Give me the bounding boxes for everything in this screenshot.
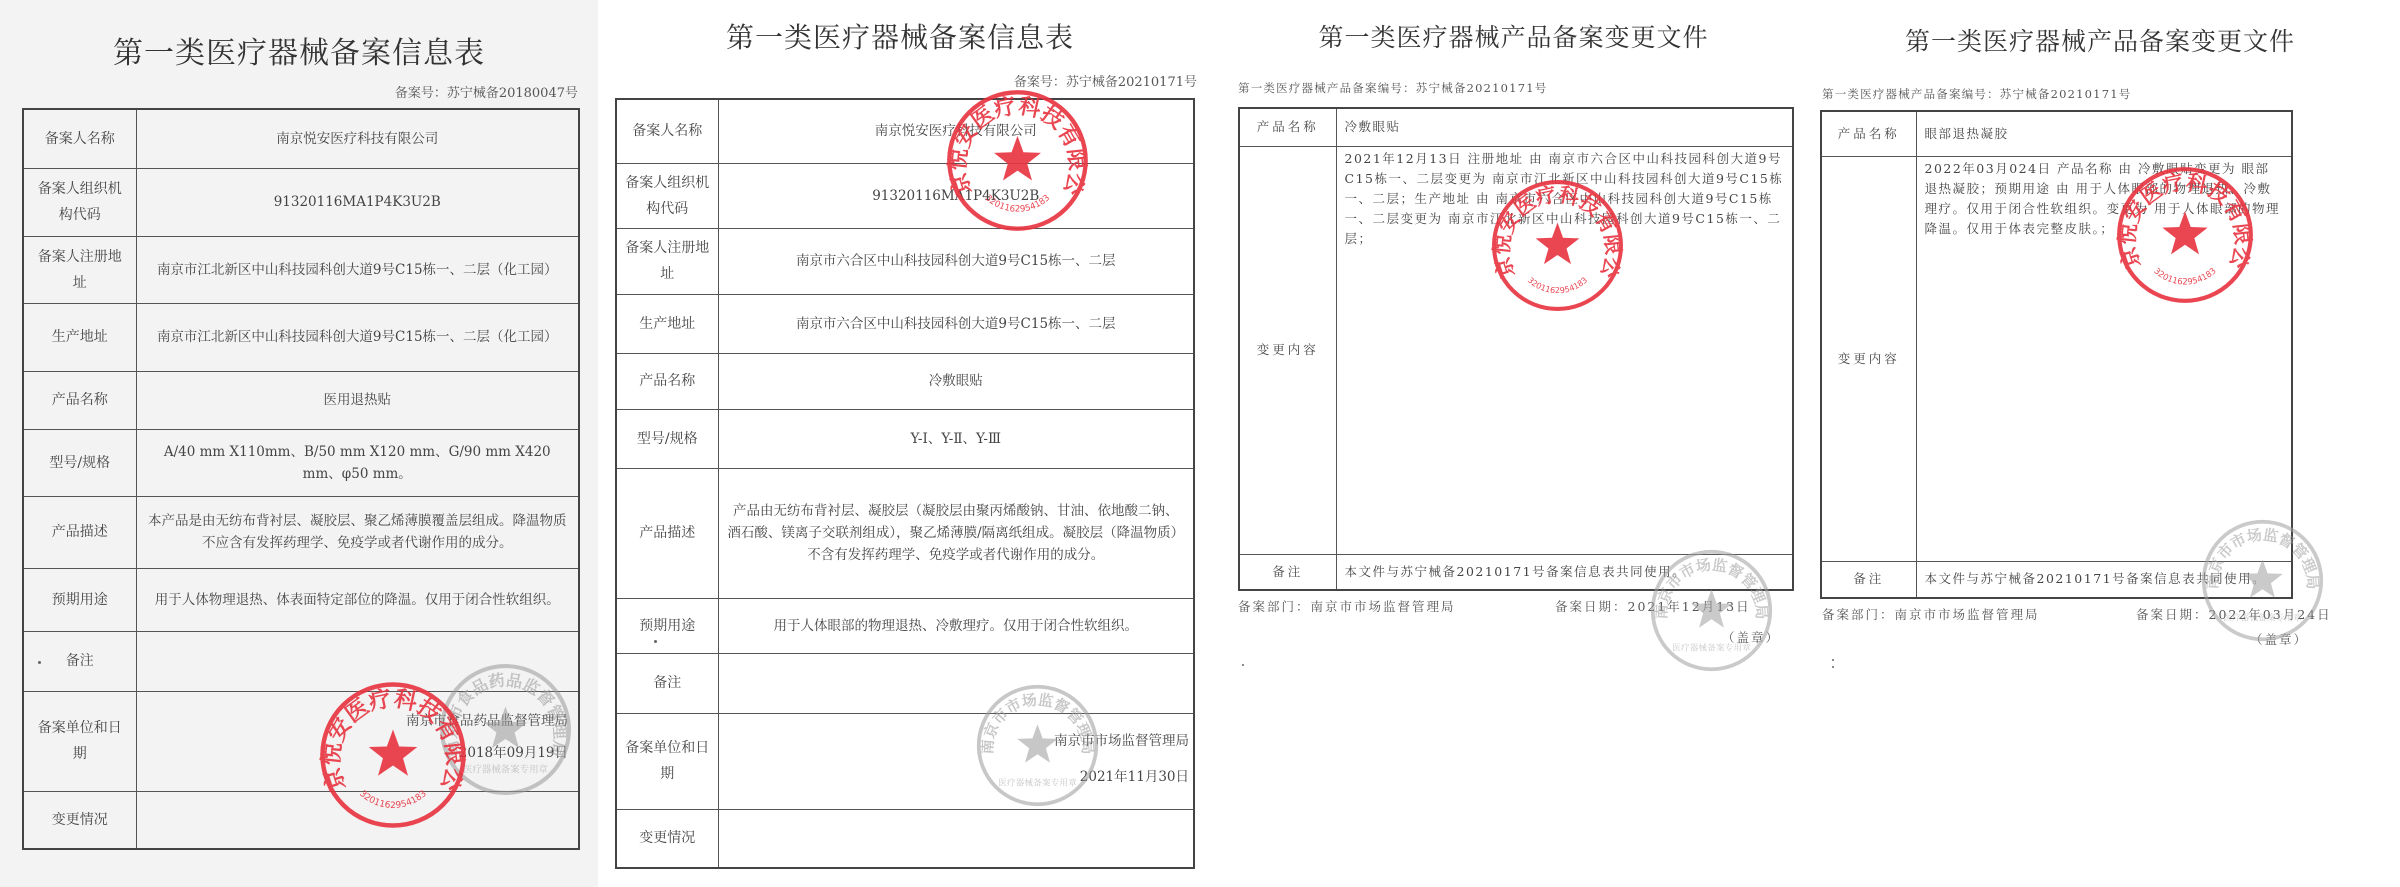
row-value: 南京市六合区中山科技园科创大道9号C15栋一、二层 <box>718 228 1194 294</box>
change-table: 产品名称眼部退热凝胶 变更内容2022年03月024日 产品名称 由 冷敷眼贴变… <box>1820 110 2293 599</box>
row-label: 产品名称 <box>616 353 718 409</box>
table-row: 生产地址南京市江北新区中山科技园科创大道9号C15栋一、二层（化工园） <box>23 303 579 371</box>
row-value: 2022年03月024日 产品名称 由 冷敷眼贴变更为 眼部退热凝胶；预期用途 … <box>1916 156 2292 561</box>
table-row: 备案人组织机构代码91320116MA1P4K3U2B <box>23 168 579 236</box>
row-value: 医用退热贴 <box>136 371 579 429</box>
table-row: 备案人注册地址南京市六合区中山科技园科创大道9号C15栋一、二层 <box>616 228 1194 294</box>
table-row: 变更情况 <box>616 809 1194 868</box>
table-row: 产品描述产品由无纺布背衬层、凝胶层（凝胶层由聚丙烯酸钠、甘油、依地酸二钠、酒石酸… <box>616 468 1194 598</box>
document-title: 第一类医疗器械产品备案变更文件 <box>1227 18 1800 54</box>
filing-info-table: 备案人名称南京悦安医疗科技有限公司 备案人组织机构代码91320116MA1P4… <box>615 98 1195 869</box>
row-label: 备案人名称 <box>616 99 718 163</box>
row-label: 备案单位和日期 <box>23 691 136 791</box>
filing-org: 南京市市场监督管理局 <box>1054 730 1189 752</box>
filing-department: 备案部门：南京市市场监督管理局 <box>1238 597 1456 615</box>
filing-unit-cell: 南京市食品药品监督管理局 2018年09月19日 <box>136 691 579 791</box>
row-value: 本文件与苏宁械备20210171号备案信息表共同使用。 <box>1916 561 2292 598</box>
change-table: 产品名称冷敷眼贴 变更内容2021年12月13日 注册地址 由 南京市六合区中山… <box>1238 107 1794 591</box>
row-label: 备案人注册地址 <box>23 236 136 303</box>
row-label: 备注 <box>1821 561 1916 598</box>
table-row: 备注本文件与苏宁械备20210171号备案信息表共同使用。 <box>1239 554 1793 590</box>
row-value: 本产品是由无纺布背衬层、凝胶层、聚乙烯薄膜覆盖层组成。降温物质不应含有发挥药理学… <box>136 496 579 568</box>
row-label: 产品描述 <box>616 468 718 598</box>
table-row: 变更内容2021年12月13日 注册地址 由 南京市六合区中山科技园科创大道9号… <box>1239 146 1793 554</box>
row-label: 预期用途 <box>616 598 718 653</box>
scan-speck <box>1832 659 1834 661</box>
row-value: Y-Ⅰ、Y-Ⅱ、Y-Ⅲ <box>718 409 1194 468</box>
row-value: 南京悦安医疗科技有限公司 <box>136 109 579 168</box>
record-number: 备案号：苏宁械备20210171号 <box>1014 71 1197 90</box>
table-row: 变更内容2022年03月024日 产品名称 由 冷敷眼贴变更为 眼部退热凝胶；预… <box>1821 156 2292 561</box>
row-label: 预期用途 <box>23 568 136 631</box>
document-title: 第一类医疗器械备案信息表 <box>590 16 1210 56</box>
table-row: 备注 <box>23 631 579 691</box>
seal-note: （盖章） <box>1722 628 1780 646</box>
table-row: 产品名称冷敷眼贴 <box>616 353 1194 409</box>
document-title: 第一类医疗器械备案信息表 <box>0 28 598 72</box>
table-row: 产品名称医用退热贴 <box>23 371 579 429</box>
change-document-2022: 第一类医疗器械产品备案变更文件 第一类医疗器械产品备案编号：苏宁械备202101… <box>1800 0 2400 887</box>
filing-info-sheet-2018: 第一类医疗器械备案信息表 备案号：苏宁械备20180047号 备案人名称南京悦安… <box>0 0 598 887</box>
table-row: 备案人名称南京悦安医疗科技有限公司 <box>23 109 579 168</box>
row-value: 91320116MA1P4K3U2B <box>136 168 579 236</box>
filing-date: 备案日期：2022年03月24日 <box>2136 605 2332 623</box>
row-label: 备案单位和日期 <box>616 713 718 809</box>
table-row: 备案人注册地址南京市江北新区中山科技园科创大道9号C15栋一、二层（化工园） <box>23 236 579 303</box>
row-value: 南京市江北新区中山科技园科创大道9号C15栋一、二层（化工园） <box>136 236 579 303</box>
row-label: 备案人组织机构代码 <box>616 163 718 228</box>
table-row: 预期用途用于人体物理退热、体表面特定部位的降温。仅用于闭合性软组织。 <box>23 568 579 631</box>
row-value: A/40 mm X110mm、B/50 mm X120 mm、G/90 mm X… <box>136 429 579 496</box>
row-label: 变更情况 <box>616 809 718 868</box>
filing-date: 2018年09月19日 <box>406 742 568 764</box>
row-value <box>136 791 579 849</box>
row-label: 型号/规格 <box>23 429 136 496</box>
filing-date: 2021年11月30日 <box>1054 766 1189 788</box>
table-row: 产品名称冷敷眼贴 <box>1239 108 1793 146</box>
row-value: 本文件与苏宁械备20210171号备案信息表共同使用。 <box>1336 554 1793 590</box>
filing-info-table: 备案人名称南京悦安医疗科技有限公司 备案人组织机构代码91320116MA1P4… <box>22 108 580 850</box>
row-value: 冷敷眼贴 <box>1336 108 1793 146</box>
row-value <box>718 653 1194 713</box>
row-value: 眼部退热凝胶 <box>1916 111 2292 156</box>
table-row: 生产地址南京市六合区中山科技园科创大道9号C15栋一、二层 <box>616 294 1194 353</box>
table-row: 产品名称眼部退热凝胶 <box>1821 111 2292 156</box>
row-label: 备案人注册地址 <box>616 228 718 294</box>
scan-speck <box>654 640 657 643</box>
row-label: 型号/规格 <box>616 409 718 468</box>
table-row: 产品描述本产品是由无纺布背衬层、凝胶层、聚乙烯薄膜覆盖层组成。降温物质不应含有发… <box>23 496 579 568</box>
row-label: 备案人名称 <box>23 109 136 168</box>
scan-speck <box>1242 664 1244 666</box>
table-row: 预期用途用于人体眼部的物理退热、冷敷理疗。仅用于闭合性软组织。 <box>616 598 1194 653</box>
filing-info-sheet-2021: 第一类医疗器械备案信息表 备案号：苏宁械备20210171号 备案人名称南京悦安… <box>600 0 1210 887</box>
table-row: 型号/规格A/40 mm X110mm、B/50 mm X120 mm、G/90… <box>23 429 579 496</box>
record-number: 备案号：苏宁械备20180047号 <box>395 82 578 101</box>
filing-date: 备案日期：2021年12月13日 <box>1555 597 1751 615</box>
row-label: 备案人组织机构代码 <box>23 168 136 236</box>
filing-unit-cell: 南京市市场监督管理局 2021年11月30日 <box>718 713 1194 809</box>
table-row: 型号/规格Y-Ⅰ、Y-Ⅱ、Y-Ⅲ <box>616 409 1194 468</box>
table-row: 备案单位和日期 南京市市场监督管理局 2021年11月30日 <box>616 713 1194 809</box>
row-label: 变更内容 <box>1239 146 1336 554</box>
row-value: 冷敷眼贴 <box>718 353 1194 409</box>
filing-department: 备案部门：南京市市场监督管理局 <box>1822 605 2040 623</box>
change-document-2021: 第一类医疗器械产品备案变更文件 第一类医疗器械产品备案编号：苏宁械备202101… <box>1212 0 1800 887</box>
row-value <box>136 631 579 691</box>
row-value: 91320116MA1P4K3U2B <box>718 163 1194 228</box>
row-label: 产品名称 <box>1239 108 1336 146</box>
record-number: 第一类医疗器械产品备案编号：苏宁械备20210171号 <box>1238 80 1547 96</box>
record-number: 第一类医疗器械产品备案编号：苏宁械备20210171号 <box>1822 86 2131 102</box>
table-row: 备注 <box>616 653 1194 713</box>
row-value: 南京市六合区中山科技园科创大道9号C15栋一、二层 <box>718 294 1194 353</box>
scan-speck <box>1832 666 1834 668</box>
row-label: 产品名称 <box>1821 111 1916 156</box>
scan-speck <box>38 661 41 664</box>
row-label: 备注 <box>616 653 718 713</box>
row-label: 产品描述 <box>23 496 136 568</box>
row-value: 南京市江北新区中山科技园科创大道9号C15栋一、二层（化工园） <box>136 303 579 371</box>
document-title: 第一类医疗器械产品备案变更文件 <box>1800 22 2400 58</box>
row-label: 生产地址 <box>23 303 136 371</box>
table-row: 变更情况 <box>23 791 579 849</box>
row-value <box>718 809 1194 868</box>
row-label: 生产地址 <box>616 294 718 353</box>
table-row: 备注本文件与苏宁械备20210171号备案信息表共同使用。 <box>1821 561 2292 598</box>
row-label: 变更情况 <box>23 791 136 849</box>
row-label: 产品名称 <box>23 371 136 429</box>
row-value: 南京悦安医疗科技有限公司 <box>718 99 1194 163</box>
row-label: 变更内容 <box>1821 156 1916 561</box>
filing-org: 南京市食品药品监督管理局 <box>406 710 568 732</box>
table-row: 备案单位和日期 南京市食品药品监督管理局 2018年09月19日 <box>23 691 579 791</box>
row-value: 2021年12月13日 注册地址 由 南京市六合区中山科技园科创大道9号C15栋… <box>1336 146 1793 554</box>
table-row: 备案人组织机构代码91320116MA1P4K3U2B <box>616 163 1194 228</box>
table-row: 备案人名称南京悦安医疗科技有限公司 <box>616 99 1194 163</box>
row-value: 用于人体物理退热、体表面特定部位的降温。仅用于闭合性软组织。 <box>136 568 579 631</box>
row-value: 产品由无纺布背衬层、凝胶层（凝胶层由聚丙烯酸钠、甘油、依地酸二钠、酒石酸、镁离子… <box>718 468 1194 598</box>
row-value: 用于人体眼部的物理退热、冷敷理疗。仅用于闭合性软组织。 <box>718 598 1194 653</box>
row-label: 备注 <box>1239 554 1336 590</box>
seal-note: （盖章） <box>2250 630 2308 648</box>
